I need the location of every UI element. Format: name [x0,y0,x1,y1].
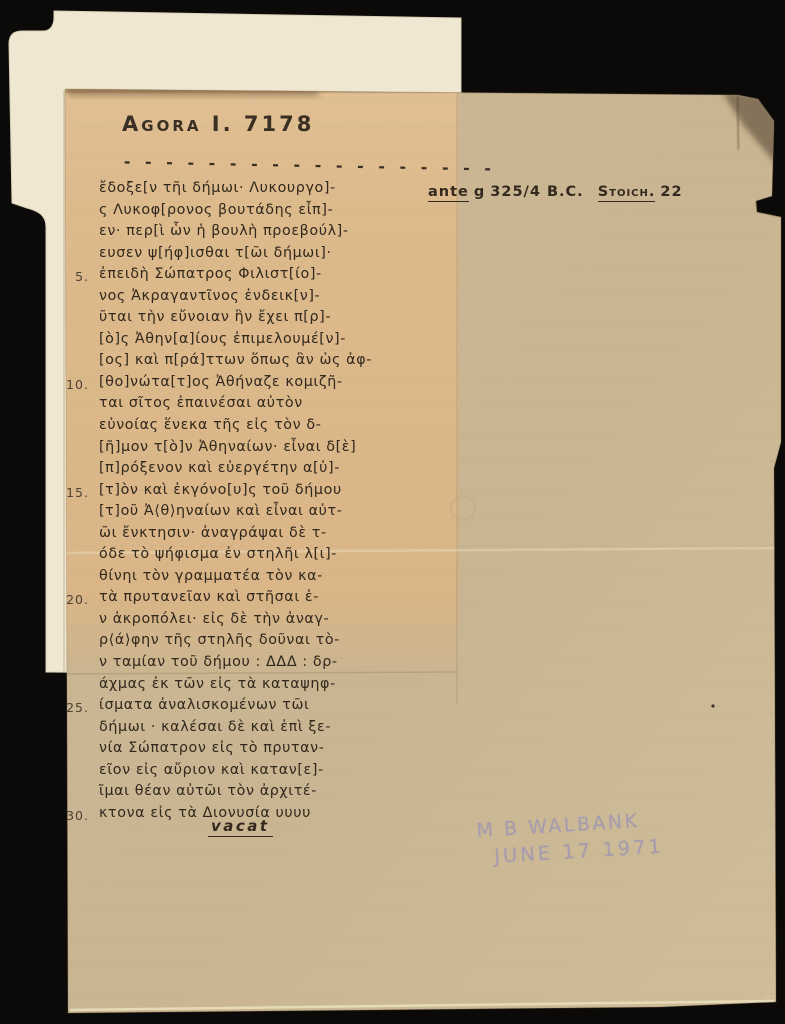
text-line: όδε τὸ ψήφισμα ἐν στηλῆι λ[ι]- [57,546,437,568]
line-number [57,439,89,442]
greek-text: ίσματα ἀναλισκομένων τῶι [99,697,310,713]
greek-text: άχμας ἐκ τῶν εἰς τὰ καταψηφ- [99,676,336,692]
text-line: δήμωι · καλέσαι δὲ καὶ ἐπὶ ξε- [57,719,437,741]
line-number [57,654,89,657]
text-line: θίνηι τὸν γραμματέα τὸν κα- [57,568,437,590]
line-number: 15. [57,482,89,500]
text-line: εν· περ[ὶ ὧν ἡ βουλὴ προεβούλ]- [57,223,437,245]
text-line: νία Σώπατρον εἰς τὸ πρυταν- [57,740,437,762]
greek-text: [π]ρόξενον καὶ εὐεργέτην α[ὐ]- [99,460,340,476]
line-number: 20. [57,589,89,607]
stoich-value: 22 [660,184,682,200]
transcription-lines: ἔδοξε[ν τῆι δήμωι· Λυκουργο]-ς Λυκοφ[ρον… [57,180,437,826]
greek-text: εῖον εἰς αὔριον καὶ καταν[ε]- [99,762,324,778]
text-line: ῖμαι θέαν αὐτῶι τὸν ἀρχιτέ- [57,783,437,805]
greek-text: νος Ἀκραγαντῖνος ἐνδεικ[ν]- [99,288,320,304]
greek-text: ευσεν ψ[ήφ]ισθαι τ[ῶι δήμωι]· [99,245,332,261]
greek-text: ἔδοξε[ν τῆι δήμωι· Λυκουργο]- [99,180,336,196]
ante-qualifier: g [474,184,485,200]
greek-text: [τ]ὸν καὶ ἐκγόνο[υ]ς τοῦ δήμου [99,482,342,498]
line-number [57,632,89,635]
greek-text: κτονα εἰς τὰ Διονυσία υυυυ [99,805,311,821]
text-line: νος Ἀκραγαντῖνος ἐνδεικ[ν]- [57,288,437,310]
greek-text: ς Λυκοφ[ρονος βουτάδης εἶπ]- [99,202,333,218]
line-number [57,740,89,743]
text-line: ς Λυκοφ[ρονος βουτάδης εἶπ]- [57,202,437,224]
greek-text: όδε τὸ ψήφισμα ἐν στηλῆι λ[ι]- [99,546,337,562]
greek-text: εὐνοίας ἕνεκα τῆς εἰς τὸν δ- [99,417,321,433]
text-line: [ὸ]ς Ἀθην[α]ίους ἐπιμελουμέ[ν]- [57,331,437,353]
line-number [57,525,89,528]
text-line: ῶι ἔνκτησιν· ἀναγράψαι δὲ τ- [57,525,437,547]
greek-text: ῦται τὴν εὔνοιαν ἣν ἔχει π[ρ]- [99,309,331,325]
text-line: ῦται τὴν εὔνοιαν ἣν ἔχει π[ρ]- [57,309,437,331]
text-line: 5.ἐπειδὴ Σώπατρος Φιλιστ[ίο]- [57,266,437,288]
greek-text: ἐπειδὴ Σώπατρος Φιλιστ[ίο]- [99,266,322,282]
text-line: ν ταμίαν τοῦ δήμου : ΔΔΔ : δρ- [57,654,437,676]
text-line: ρ⟨ά⟩φην τῆς στηλῆς δοῦναι τὸ- [57,632,437,654]
line-number: 5. [57,266,89,284]
text-line: ν ἀκροπόλει· εἰς δὲ τὴν ἀναγ- [57,611,437,633]
greek-text: [ῆ]μον τ[ὸ]ν Ἀθηναίων· εἶναι δ[ὲ] [99,439,356,455]
line-number [57,460,89,463]
greek-text: [ος] καὶ π[ρά]ττων ὅπως ἂν ὡς ἀφ- [99,352,372,368]
greek-text: εν· περ[ὶ ὧν ἡ βουλὴ προεβούλ]- [99,223,349,239]
date-value: 325/4 B.C. [490,184,583,200]
line-number [57,202,89,205]
text-line: [τ]οῦ Ἀ⟨θ⟩ηναίων καὶ εἶναι αὐτ- [57,503,437,525]
line-number [57,417,89,420]
text-line: 15.[τ]ὸν καὶ ἐκγόνο[υ]ς τοῦ δήμου [57,482,437,504]
line-number [57,331,89,334]
line-number [57,611,89,614]
greek-text: τὰ πρυτανεῖαν καὶ στῆσαι ἐ- [99,589,319,605]
line-number [57,546,89,549]
line-number [57,288,89,291]
line-number: 25. [57,697,89,715]
line-number [57,719,89,722]
catalog-number: Agora I. 7178 [122,112,314,136]
text-line: ευσεν ψ[ήφ]ισθαι τ[ῶι δήμωι]· [57,245,437,267]
greek-text: δήμωι · καλέσαι δὲ καὶ ἐπὶ ξε- [99,719,331,735]
text-line: ται σῖτος ἐπαινέσαι αὐτὸν [57,395,437,417]
greek-text: ν ἀκροπόλει· εἰς δὲ τὴν ἀναγ- [99,611,329,627]
line-number [57,223,89,226]
text-line: άχμας ἐκ τῶν εἰς τὰ καταψηφ- [57,676,437,698]
greek-text: ρ⟨ά⟩φην τῆς στηλῆς δοῦναι τὸ- [99,632,340,648]
greek-text: θίνηι τὸν γραμματέα τὸν κα- [99,568,323,584]
line-number [57,245,89,248]
line-number: 30. [57,805,89,823]
line-number [57,503,89,506]
text-line: [ος] καὶ π[ρά]ττων ὅπως ἂν ὡς ἀφ- [57,352,437,374]
text-line: 25.ίσματα ἀναλισκομένων τῶι [57,697,437,719]
vacat-label: vacat [208,817,273,837]
text-line: 10.[θο]νώτα[τ]ος Ἀθήναζε κομιζῆ- [57,374,437,396]
text-line: [ῆ]μον τ[ὸ]ν Ἀθηναίων· εἶναι δ[ὲ] [57,439,437,461]
line-number [57,395,89,398]
line-number: 10. [57,374,89,392]
greek-text: νία Σώπατρον εἰς τὸ πρυταν- [99,740,325,756]
text-line: [π]ρόξενον καὶ εὐεργέτην α[ὐ]- [57,460,437,482]
line-number [57,568,89,571]
greek-text: ῖμαι θέαν αὐτῶι τὸν ἀρχιτέ- [99,783,317,799]
text-line: εὐνοίας ἕνεκα τῆς εἰς τὸν δ- [57,417,437,439]
line-number [57,352,89,355]
text-line: 20.τὰ πρυτανεῖαν καὶ στῆσαι ἐ- [57,589,437,611]
line-number [57,783,89,786]
scanned-document: Agora I. 7178 - - - - - - - - - - - - - … [0,0,785,1024]
date-annotation: anteg325/4 B.C.Stoich.22 [428,184,683,200]
text-line: ἔδοξε[ν τῆι δήμωι· Λυκουργο]- [57,180,437,202]
line-number [57,762,89,765]
greek-text: ται σῖτος ἐπαινέσαι αὐτὸν [99,395,303,411]
greek-text: [τ]οῦ Ἀ⟨θ⟩ηναίων καὶ εἶναι αὐτ- [99,503,342,519]
stoich-label: Stoich. [598,184,656,202]
line-number [57,676,89,679]
greek-text: [ὸ]ς Ἀθην[α]ίους ἐπιμελουμέ[ν]- [99,331,346,347]
text-line: εῖον εἰς αὔριον καὶ καταν[ε]- [57,762,437,784]
greek-text: ν ταμίαν τοῦ δήμου : ΔΔΔ : δρ- [99,654,338,670]
line-number [57,180,89,183]
line-number [57,309,89,312]
greek-text: [θο]νώτα[τ]ος Ἀθήναζε κομιζῆ- [99,374,343,390]
greek-text: ῶι ἔνκτησιν· ἀναγράψαι δὲ τ- [99,525,327,541]
